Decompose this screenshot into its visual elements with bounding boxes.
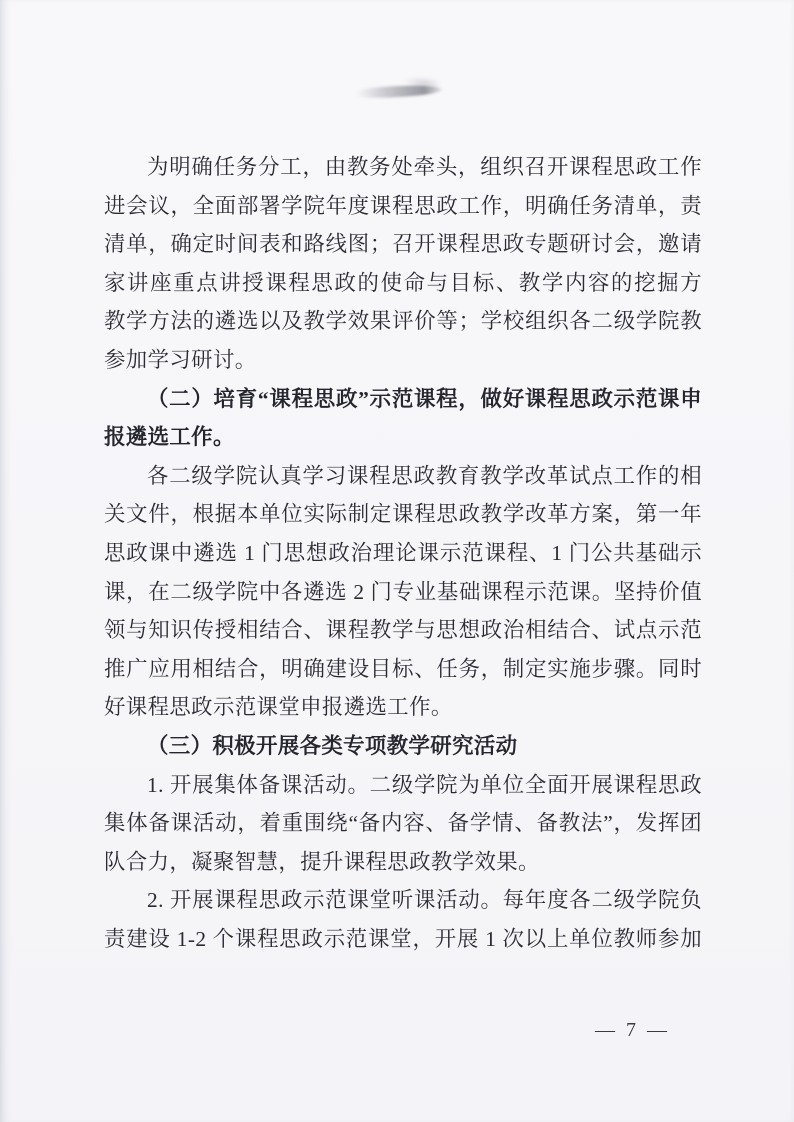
heading-line: （二）培育“课程思政”示范课程，做好课程思政示范课申	[104, 380, 702, 419]
text-line: 思政课中遴选 1 门思想政治理论课示范课程、1 门公共基础示范	[104, 534, 702, 573]
text-line: 关文件，根据本单位实际制定课程思政教学改革方案，第一年在	[104, 495, 702, 534]
text-line: 队合力，凝聚智慧，提升课程思政教学效果。	[104, 843, 702, 882]
text-line: 好课程思政示范课堂申报遴选工作。	[104, 688, 702, 727]
text-line: 为明确任务分工，由教务处牵头，组织召开课程思政工作推	[104, 148, 702, 187]
text-line: 各二级学院认真学习课程思政教育教学改革试点工作的相	[104, 457, 702, 496]
text-line: 2. 开展课程思政示范课堂听课活动。每年度各二级学院负	[104, 881, 702, 920]
text-line: 课，在二级学院中各遴选 2 门专业基础课程示范课。坚持价值引	[104, 573, 702, 612]
text-line: 家讲座重点讲授课程思政的使命与目标、教学内容的挖掘方法、	[104, 264, 702, 303]
page-number: — 7 —	[595, 1019, 670, 1042]
text-line: 推广应用相结合，明确建设目标、任务，制定实施步骤。同时做	[104, 650, 702, 689]
document-body: 为明确任务分工，由教务处牵头，组织召开课程思政工作推进会议，全面部署学院年度课程…	[104, 148, 702, 958]
text-line: 集体备课活动，着重围绕“备内容、备学情、备教法”，发挥团	[104, 804, 702, 843]
text-line: 责建设 1-2 个课程思政示范课堂，开展 1 次以上单位教师参加的	[104, 920, 702, 959]
heading-line: 报遴选工作。	[104, 418, 702, 457]
text-line: 清单，确定时间表和路线图；召开课程思政专题研讨会，邀请专	[104, 225, 702, 264]
text-line: 1. 开展集体备课活动。二级学院为单位全面开展课程思政	[104, 766, 702, 805]
text-line: 参加学习研讨。	[104, 341, 702, 380]
text-line: 进会议，全面部署学院年度课程思政工作，明确任务清单，责任	[104, 187, 702, 226]
heading-line: （三）积极开展各类专项教学研究活动	[104, 727, 702, 766]
ink-smudge	[356, 84, 442, 99]
document-page: 为明确任务分工，由教务处牵头，组织召开课程思政工作推进会议，全面部署学院年度课程…	[0, 0, 794, 1122]
text-line: 领与知识传授相结合、课程教学与思想政治相结合、试点示范与	[104, 611, 702, 650]
text-line: 教学方法的遴选以及教学效果评价等；学校组织各二级学院教师	[104, 302, 702, 341]
